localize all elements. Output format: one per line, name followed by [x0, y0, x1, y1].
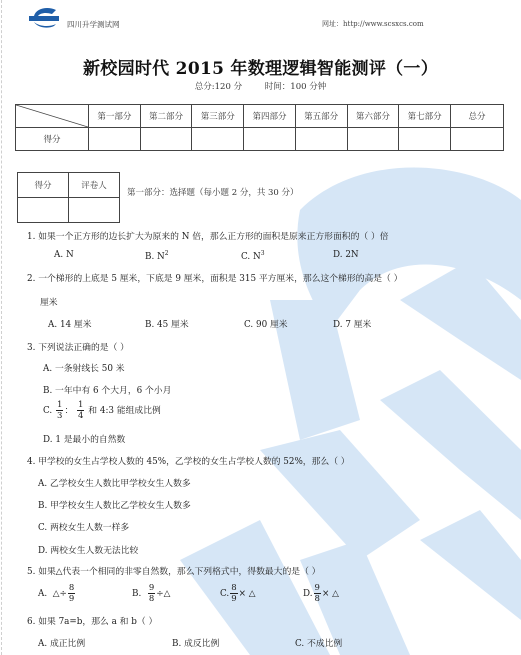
- question-1-option-d: D. 2N: [333, 250, 359, 260]
- exam-meta: 总分:120 分 时间：100 分钟: [0, 80, 521, 92]
- header-total: 总分: [451, 105, 504, 128]
- question-2-stem: 2. 一个梯形的上底是 5 厘米，下底是 9 厘米，面积是 315 平方厘米，那…: [27, 271, 402, 284]
- page-header: 四川升学测试网 网址：http://www.scsxcs.com: [28, 4, 498, 32]
- row-label-score: 得分: [16, 128, 89, 151]
- question-3-option-c: C. 13： 14 和 4:3 能组成比例: [43, 400, 161, 421]
- page-title: 新校园时代 2015 年数理逻辑智能测评（一）: [0, 54, 521, 79]
- score-table: 第一部分 第二部分 第三部分 第四部分 第五部分 第六部分 第七部分 总分 得分: [15, 104, 504, 151]
- question-3-option-b: B. 一年中有 6 个大月，6 个小月: [43, 383, 171, 396]
- question-4-option-d: D. 两校女生人数无法比较: [38, 543, 138, 556]
- score-cell-4[interactable]: [244, 128, 296, 151]
- header-part-4: 第四部分: [244, 105, 296, 128]
- question-6-option-a: A. 成正比例: [38, 636, 85, 649]
- question-2-option-b: B. 45 厘米: [145, 317, 189, 330]
- site-name: 四川升学测试网: [67, 19, 120, 30]
- question-4-stem: 4. 甲学校的女生占学校人数的 45%，乙学校的女生占学校人数的 52%，那么（…: [27, 454, 350, 467]
- question-6-option-b: B. 成反比例: [172, 636, 219, 649]
- grader-header-reviewer: 评卷人: [69, 173, 120, 198]
- score-table-header-row: 第一部分 第二部分 第三部分 第四部分 第五部分 第六部分 第七部分 总分: [16, 105, 504, 128]
- grader-reviewer-cell[interactable]: [69, 198, 120, 223]
- score-cell-6[interactable]: [347, 128, 399, 151]
- fraction-one-third: 13: [56, 400, 63, 421]
- header-part-1: 第一部分: [89, 105, 141, 128]
- question-6-option-c: C. 不成比例: [295, 636, 342, 649]
- question-3-option-a: A. 一条射线长 50 米: [43, 361, 125, 374]
- header-part-3: 第三部分: [192, 105, 244, 128]
- header-part-2: 第二部分: [140, 105, 192, 128]
- question-5-option-c: C.89× △: [220, 583, 256, 604]
- question-2-stem-continued: 厘米: [40, 295, 58, 308]
- question-3-stem: 3. 下列说法正确的是（ ）: [27, 340, 129, 353]
- question-1-option-b: B. N2: [145, 250, 169, 262]
- score-cell-7[interactable]: [399, 128, 451, 151]
- question-6-stem: 6. 如果 7a=b，那么 a 和 b（ ）: [27, 614, 157, 627]
- header-part-5: 第五部分: [295, 105, 347, 128]
- site-logo-icon: [28, 6, 64, 28]
- question-5-option-b: B. 98÷△: [132, 583, 170, 604]
- total-score: 总分:120 分: [195, 82, 242, 92]
- question-2-option-c: C. 90 厘米: [244, 317, 288, 330]
- diagonal-line: [16, 105, 88, 127]
- section-title: 第一部分：选择题（每小题 2 分，共 30 分）: [127, 186, 299, 198]
- question-1-option-c: C. N3: [241, 250, 265, 262]
- question-5-option-d: D.98× △: [303, 583, 339, 604]
- question-4-option-b: B. 甲学校女生人数比乙学校女生人数多: [38, 498, 191, 511]
- score-cell-1[interactable]: [89, 128, 141, 151]
- question-3-option-d: D. 1 是最小的自然数: [43, 432, 125, 445]
- grader-table: 得分 评卷人: [17, 172, 120, 223]
- question-5-stem: 5. 如果△代表一个相同的非零自然数，那么下列格式中，得数最大的是（ ）: [27, 564, 320, 577]
- question-5-option-a: A. △÷89: [38, 583, 76, 604]
- grader-score-cell[interactable]: [18, 198, 69, 223]
- question-2-option-a: A. 14 厘米: [48, 317, 92, 330]
- score-cell-5[interactable]: [295, 128, 347, 151]
- diagonal-cell: [16, 105, 89, 128]
- exam-page: 四川升学测试网 网址：http://www.scsxcs.com 新校园时代 2…: [0, 0, 521, 655]
- score-cell-3[interactable]: [192, 128, 244, 151]
- fraction-one-quarter: 14: [77, 400, 84, 421]
- grader-header-score: 得分: [18, 173, 69, 198]
- site-url[interactable]: 网址：http://www.scsxcs.com: [322, 19, 424, 29]
- question-1-option-a: A. N: [54, 250, 74, 260]
- header-part-7: 第七部分: [399, 105, 451, 128]
- page-edge-dashed-line: [1, 0, 2, 655]
- time-limit: 时间：100 分钟: [265, 82, 326, 92]
- question-2-option-d: D. 7 厘米: [333, 317, 371, 330]
- question-4-option-c: C. 两校女生人数一样多: [38, 520, 129, 533]
- question-1-stem: 1. 如果一个正方形的边长扩大为原来的 N 倍，那么正方形的面积是原来正方形面积…: [27, 229, 389, 242]
- score-cell-total[interactable]: [451, 128, 504, 151]
- question-4-option-a: A. 乙学校女生人数比甲学校女生人数多: [38, 476, 191, 489]
- score-cell-2[interactable]: [140, 128, 192, 151]
- header-part-6: 第六部分: [347, 105, 399, 128]
- score-table-row: 得分: [16, 128, 504, 151]
